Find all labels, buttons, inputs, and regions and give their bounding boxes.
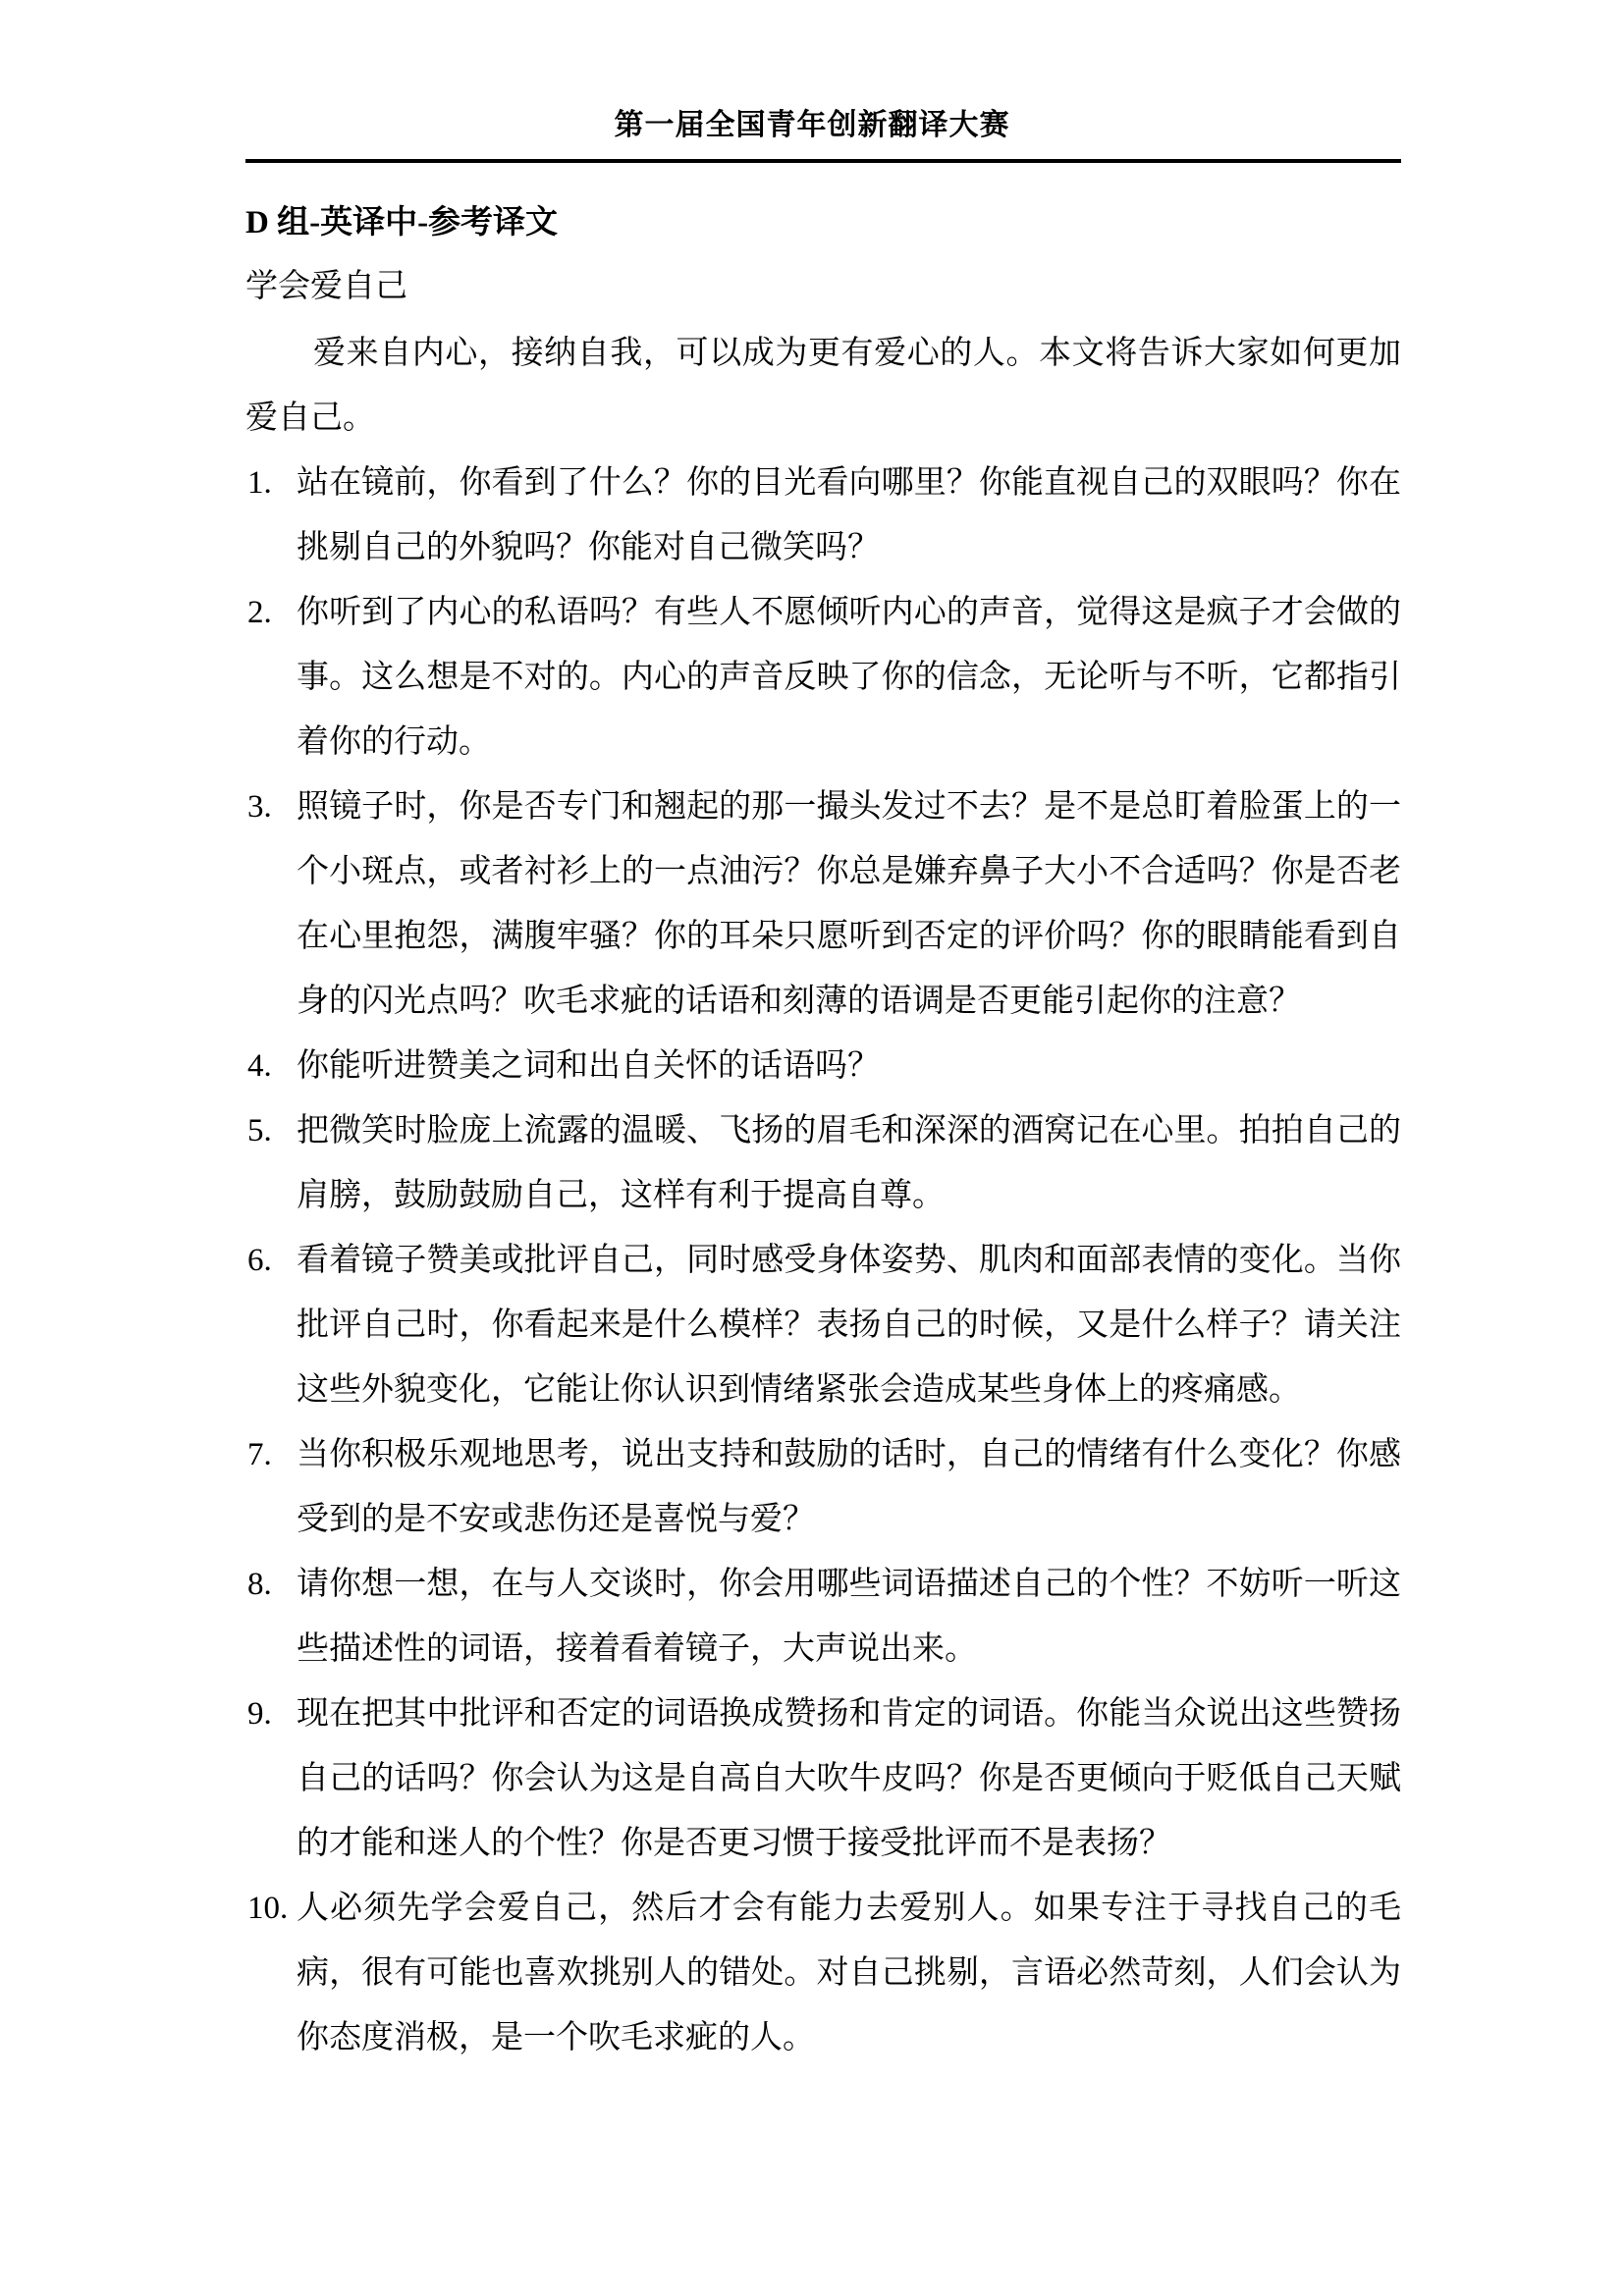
numbered-list: 1. 站在镜前，你看到了什么？你的目光看向哪里？你能直视自己的双眼吗？你在挑剔自… <box>245 451 1401 2070</box>
list-item-number: 5. <box>247 1098 272 1163</box>
list-item: 1. 站在镜前，你看到了什么？你的目光看向哪里？你能直视自己的双眼吗？你在挑剔自… <box>245 451 1401 580</box>
list-item-text: 人必须先学会爱自己，然后才会有能力去爱别人。如果专注于寻找自己的毛病，很有可能也… <box>297 1876 1401 2070</box>
list-item-number: 3. <box>247 774 272 839</box>
list-item-text: 你能听进赞美之词和出自关怀的话语吗？ <box>297 1034 1401 1098</box>
intro-paragraph: 爱来自内心，接纳自我，可以成为更有爱心的人。本文将告诉大家如何更加爱自己。 <box>245 321 1401 451</box>
list-item-text: 现在把其中批评和否定的词语换成赞扬和肯定的词语。你能当众说出这些赞扬自己的话吗？… <box>297 1682 1401 1876</box>
list-item: 10. 人必须先学会爱自己，然后才会有能力去爱别人。如果专注于寻找自己的毛病，很… <box>245 1876 1401 2070</box>
essay-title: 学会爱自己 <box>245 267 1401 306</box>
list-item-number: 10. <box>247 1876 288 1941</box>
list-item: 7. 当你积极乐观地思考，说出支持和鼓励的话时，自己的情绪有什么变化？你感受到的… <box>245 1422 1401 1552</box>
section-heading: D 组-英译中-参考译文 <box>245 204 1401 241</box>
list-item-number: 1. <box>247 451 272 515</box>
list-item-text: 看着镜子赞美或批评自己，同时感受身体姿势、肌肉和面部表情的变化。当你批评自己时，… <box>297 1228 1401 1422</box>
list-item: 4. 你能听进赞美之词和出自关怀的话语吗？ <box>245 1034 1401 1098</box>
list-item-number: 4. <box>247 1034 272 1098</box>
list-item-number: 9. <box>247 1682 272 1746</box>
list-item-text: 站在镜前，你看到了什么？你的目光看向哪里？你能直视自己的双眼吗？你在挑剔自己的外… <box>297 451 1401 580</box>
list-item-text: 照镜子时，你是否专门和翘起的那一撮头发过不去？是不是总盯着脸蛋上的一个小斑点，或… <box>297 774 1401 1034</box>
list-item: 5. 把微笑时脸庞上流露的温暖、飞扬的眉毛和深深的酒窝记在心里。拍拍自己的肩膀，… <box>245 1098 1401 1228</box>
document-body: D 组-英译中-参考译文 学会爱自己 爱来自内心，接纳自我，可以成为更有爱心的人… <box>245 204 1401 2070</box>
list-item: 3. 照镜子时，你是否专门和翘起的那一撮头发过不去？是不是总盯着脸蛋上的一个小斑… <box>245 774 1401 1034</box>
list-item: 2. 你听到了内心的私语吗？有些人不愿倾听内心的声音，觉得这是疯子才会做的事。这… <box>245 580 1401 774</box>
list-item-number: 6. <box>247 1228 272 1293</box>
list-item-text: 当你积极乐观地思考，说出支持和鼓励的话时，自己的情绪有什么变化？你感受到的是不安… <box>297 1422 1401 1552</box>
list-item: 9. 现在把其中批评和否定的词语换成赞扬和肯定的词语。你能当众说出这些赞扬自己的… <box>245 1682 1401 1876</box>
list-item: 6. 看着镜子赞美或批评自己，同时感受身体姿势、肌肉和面部表情的变化。当你批评自… <box>245 1228 1401 1422</box>
header-rule <box>245 159 1401 163</box>
list-item-number: 7. <box>247 1422 272 1487</box>
page-header-title: 第一届全国青年创新翻译大赛 <box>0 0 1624 143</box>
list-item-text: 把微笑时脸庞上流露的温暖、飞扬的眉毛和深深的酒窝记在心里。拍拍自己的肩膀，鼓励鼓… <box>297 1098 1401 1228</box>
list-item-text: 你听到了内心的私语吗？有些人不愿倾听内心的声音，觉得这是疯子才会做的事。这么想是… <box>297 580 1401 774</box>
list-item-number: 2. <box>247 580 272 645</box>
list-item-text: 请你想一想，在与人交谈时，你会用哪些词语描述自己的个性？不妨听一听这些描述性的词… <box>297 1552 1401 1682</box>
list-item-number: 8. <box>247 1552 272 1617</box>
document-page: 第一届全国青年创新翻译大赛 D 组-英译中-参考译文 学会爱自己 爱来自内心，接… <box>0 0 1624 2296</box>
list-item: 8. 请你想一想，在与人交谈时，你会用哪些词语描述自己的个性？不妨听一听这些描述… <box>245 1552 1401 1682</box>
